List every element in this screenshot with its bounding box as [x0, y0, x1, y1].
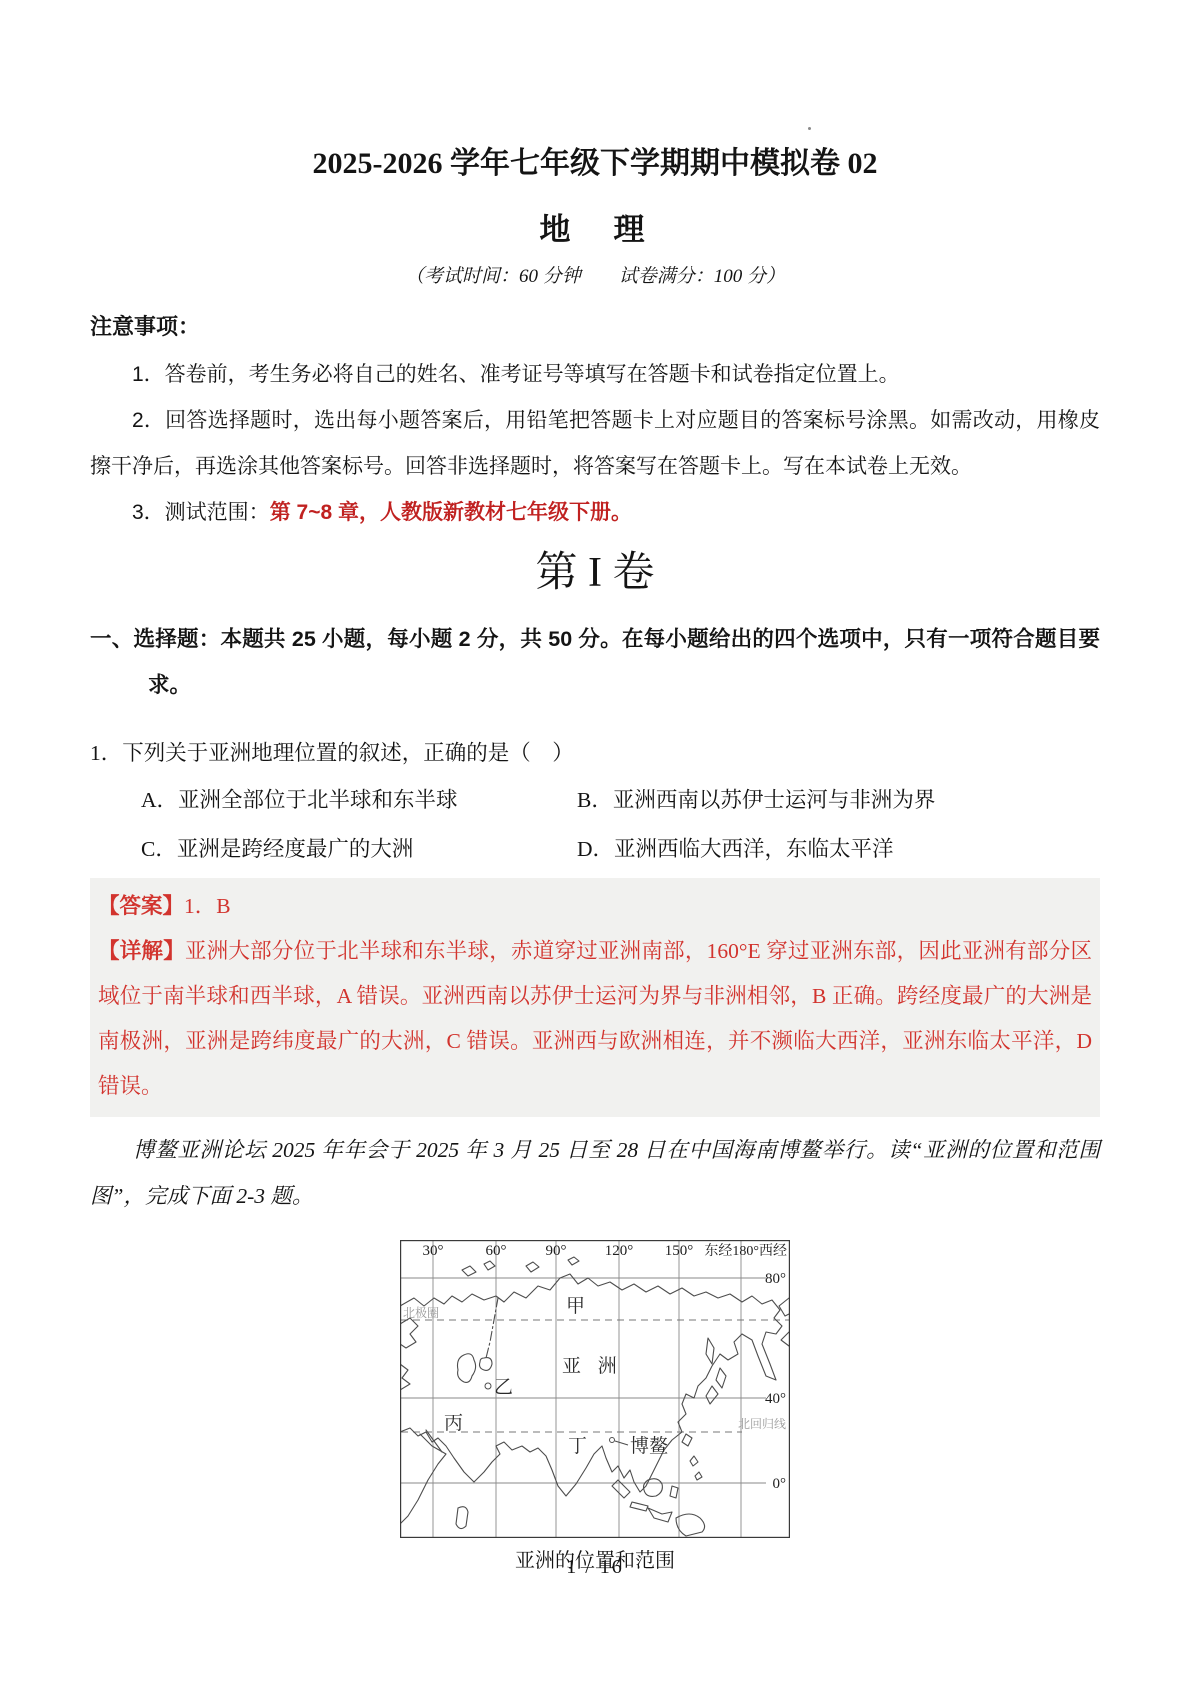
marker-jia: 甲 [566, 1296, 585, 1317]
option-b: B．亚洲西南以苏伊士运河与非洲为界 [577, 776, 1100, 825]
option-d: D．亚洲西临大西洋，东临太平洋 [577, 825, 1100, 874]
exam-info-line: （考试时间：60 分钟 试卷满分：100 分） [90, 264, 1100, 290]
map-border [401, 1241, 790, 1538]
option-c-text: 亚洲是跨经度最广的大洲 [177, 837, 414, 861]
japan-islands [706, 1368, 726, 1404]
notice-item-1: 1．答卷前，考生务必将自己的姓名、准考证号等填写在答题卡和试卷指定位置上。 [90, 352, 1100, 398]
marker-boao-dot [610, 1438, 615, 1443]
marker-yi-circle [485, 1383, 491, 1389]
option-c-label: C． [141, 837, 177, 861]
new-guinea-australia [648, 1508, 705, 1536]
longitude-labels: 30° 60° 90° 120° 150° 东经180°西经 [423, 1243, 788, 1259]
marker-ding: 丁 [568, 1436, 587, 1457]
continent-label: 亚 洲 [562, 1355, 623, 1377]
notice-item-3-scope: 第 7~8 章，人教版新教材七年级下册。 [270, 501, 632, 524]
option-c: C．亚洲是跨经度最广的大洲 [141, 825, 577, 874]
section-rule: 一、选择题：本题共 25 小题，每小题 2 分，共 50 分。在每小题给出的四个… [90, 616, 1100, 708]
option-b-text: 亚洲西南以苏伊士运河与非洲为界 [613, 788, 936, 812]
arctic-circle-label: 北极圈 [403, 1305, 439, 1320]
marker-yi: 乙 [494, 1377, 513, 1398]
notice-heading: 注意事项： [90, 312, 1100, 342]
lon-180-label: 东经180°西经 [704, 1243, 787, 1259]
indonesia-islands [612, 1479, 678, 1511]
exam-title: 2025-2026 学年七年级下学期期中模拟卷 02 [90, 142, 1100, 186]
sakhalin-island [706, 1338, 714, 1364]
africa-coast [400, 1430, 446, 1524]
option-d-label: D． [577, 837, 614, 861]
europe-left-coast [400, 1318, 418, 1390]
answer-label: 【答案】 [98, 894, 184, 918]
boao-leader-line [615, 1441, 628, 1445]
option-a-label: A． [141, 788, 178, 812]
notice-item-3: 3．测试范围：第 7~8 章，人教版新教材七年级下册。 [90, 490, 1100, 536]
meridian-gridlines [433, 1241, 741, 1537]
notice-item-2: 2．回答选择题时，选出每小题答案后，用铅笔把答题卡上对应题目的答案标号涂黑。如需… [90, 398, 1100, 490]
lon-30-label: 30° [423, 1243, 444, 1259]
answer-panel: 【答案】1．B 【详解】亚洲大部分位于北半球和东半球，赤道穿过亚洲南部，160°… [90, 878, 1100, 1117]
option-b-label: B． [577, 788, 613, 812]
notice-item-3-label: 3．测试范围： [132, 501, 270, 524]
alaska-corner [779, 1298, 789, 1346]
marker-boao: 博鳌 [630, 1435, 668, 1457]
option-a: A．亚洲全部位于北半球和东半球 [141, 776, 577, 825]
asia-map-svg: 30° 60° 90° 120° 150° 东经180°西经 80° 40° 0… [400, 1240, 790, 1538]
option-d-text: 亚洲西临大西洋，东临太平洋 [614, 837, 894, 861]
coastlines [400, 1257, 789, 1536]
question1-stem: 1．下列关于亚洲地理位置的叙述，正确的是（ ） [90, 730, 1100, 776]
arctic-islands [462, 1257, 579, 1276]
lon-60-label: 60° [486, 1243, 507, 1259]
lon-120-label: 120° [605, 1243, 634, 1259]
tropic-cancer-label: 北回归线 [738, 1416, 786, 1431]
part1-heading: 第 I 卷 [90, 544, 1100, 602]
eurasia-coastline [400, 1274, 782, 1496]
answer-line: 【答案】1．B [98, 884, 1092, 929]
caspian-sea [458, 1354, 476, 1383]
asia-map-figure: 30° 60° 90° 120° 150° 东经180°西经 80° 40° 0… [400, 1240, 790, 1575]
marker-bing: 丙 [444, 1412, 463, 1434]
exam-subject: 地 理 [90, 210, 1100, 250]
lat-40-label: 40° [765, 1391, 786, 1407]
answer-value: 1．B [184, 894, 231, 918]
page-content: 2025-2026 学年七年级下学期期中模拟卷 02 地 理 （考试时间：60 … [90, 0, 1100, 1575]
aral-sea [480, 1358, 493, 1371]
lon-90-label: 90° [546, 1243, 567, 1259]
explanation-paragraph: 【详解】亚洲大部分位于北半球和东半球，赤道穿过亚洲南部，160°E 穿过亚洲东部… [98, 929, 1092, 1109]
explanation-text: 亚洲大部分位于北半球和东半球，赤道穿过亚洲南部，160°E 穿过亚洲东部，因此亚… [98, 939, 1092, 1098]
option-a-text: 亚洲全部位于北半球和东半球 [178, 788, 458, 812]
page-number: 1 / 16 [0, 1556, 1190, 1579]
lat-0-label: 0° [773, 1476, 787, 1492]
lat-80-label: 80° [765, 1271, 786, 1287]
lon-150-label: 150° [665, 1243, 694, 1259]
madagascar-island [456, 1507, 468, 1529]
question1-options: A．亚洲全部位于北半球和东半球 B．亚洲西南以苏伊士运河与非洲为界 C．亚洲是跨… [90, 776, 1100, 874]
explanation-label: 【详解】 [98, 939, 185, 963]
passage-q2-3: 博鳌亚洲论坛 2025 年年会于 2025 年 3 月 25 日至 28 日在中… [90, 1127, 1100, 1219]
philippine-islands [690, 1456, 702, 1480]
taiwan-island [682, 1434, 692, 1446]
